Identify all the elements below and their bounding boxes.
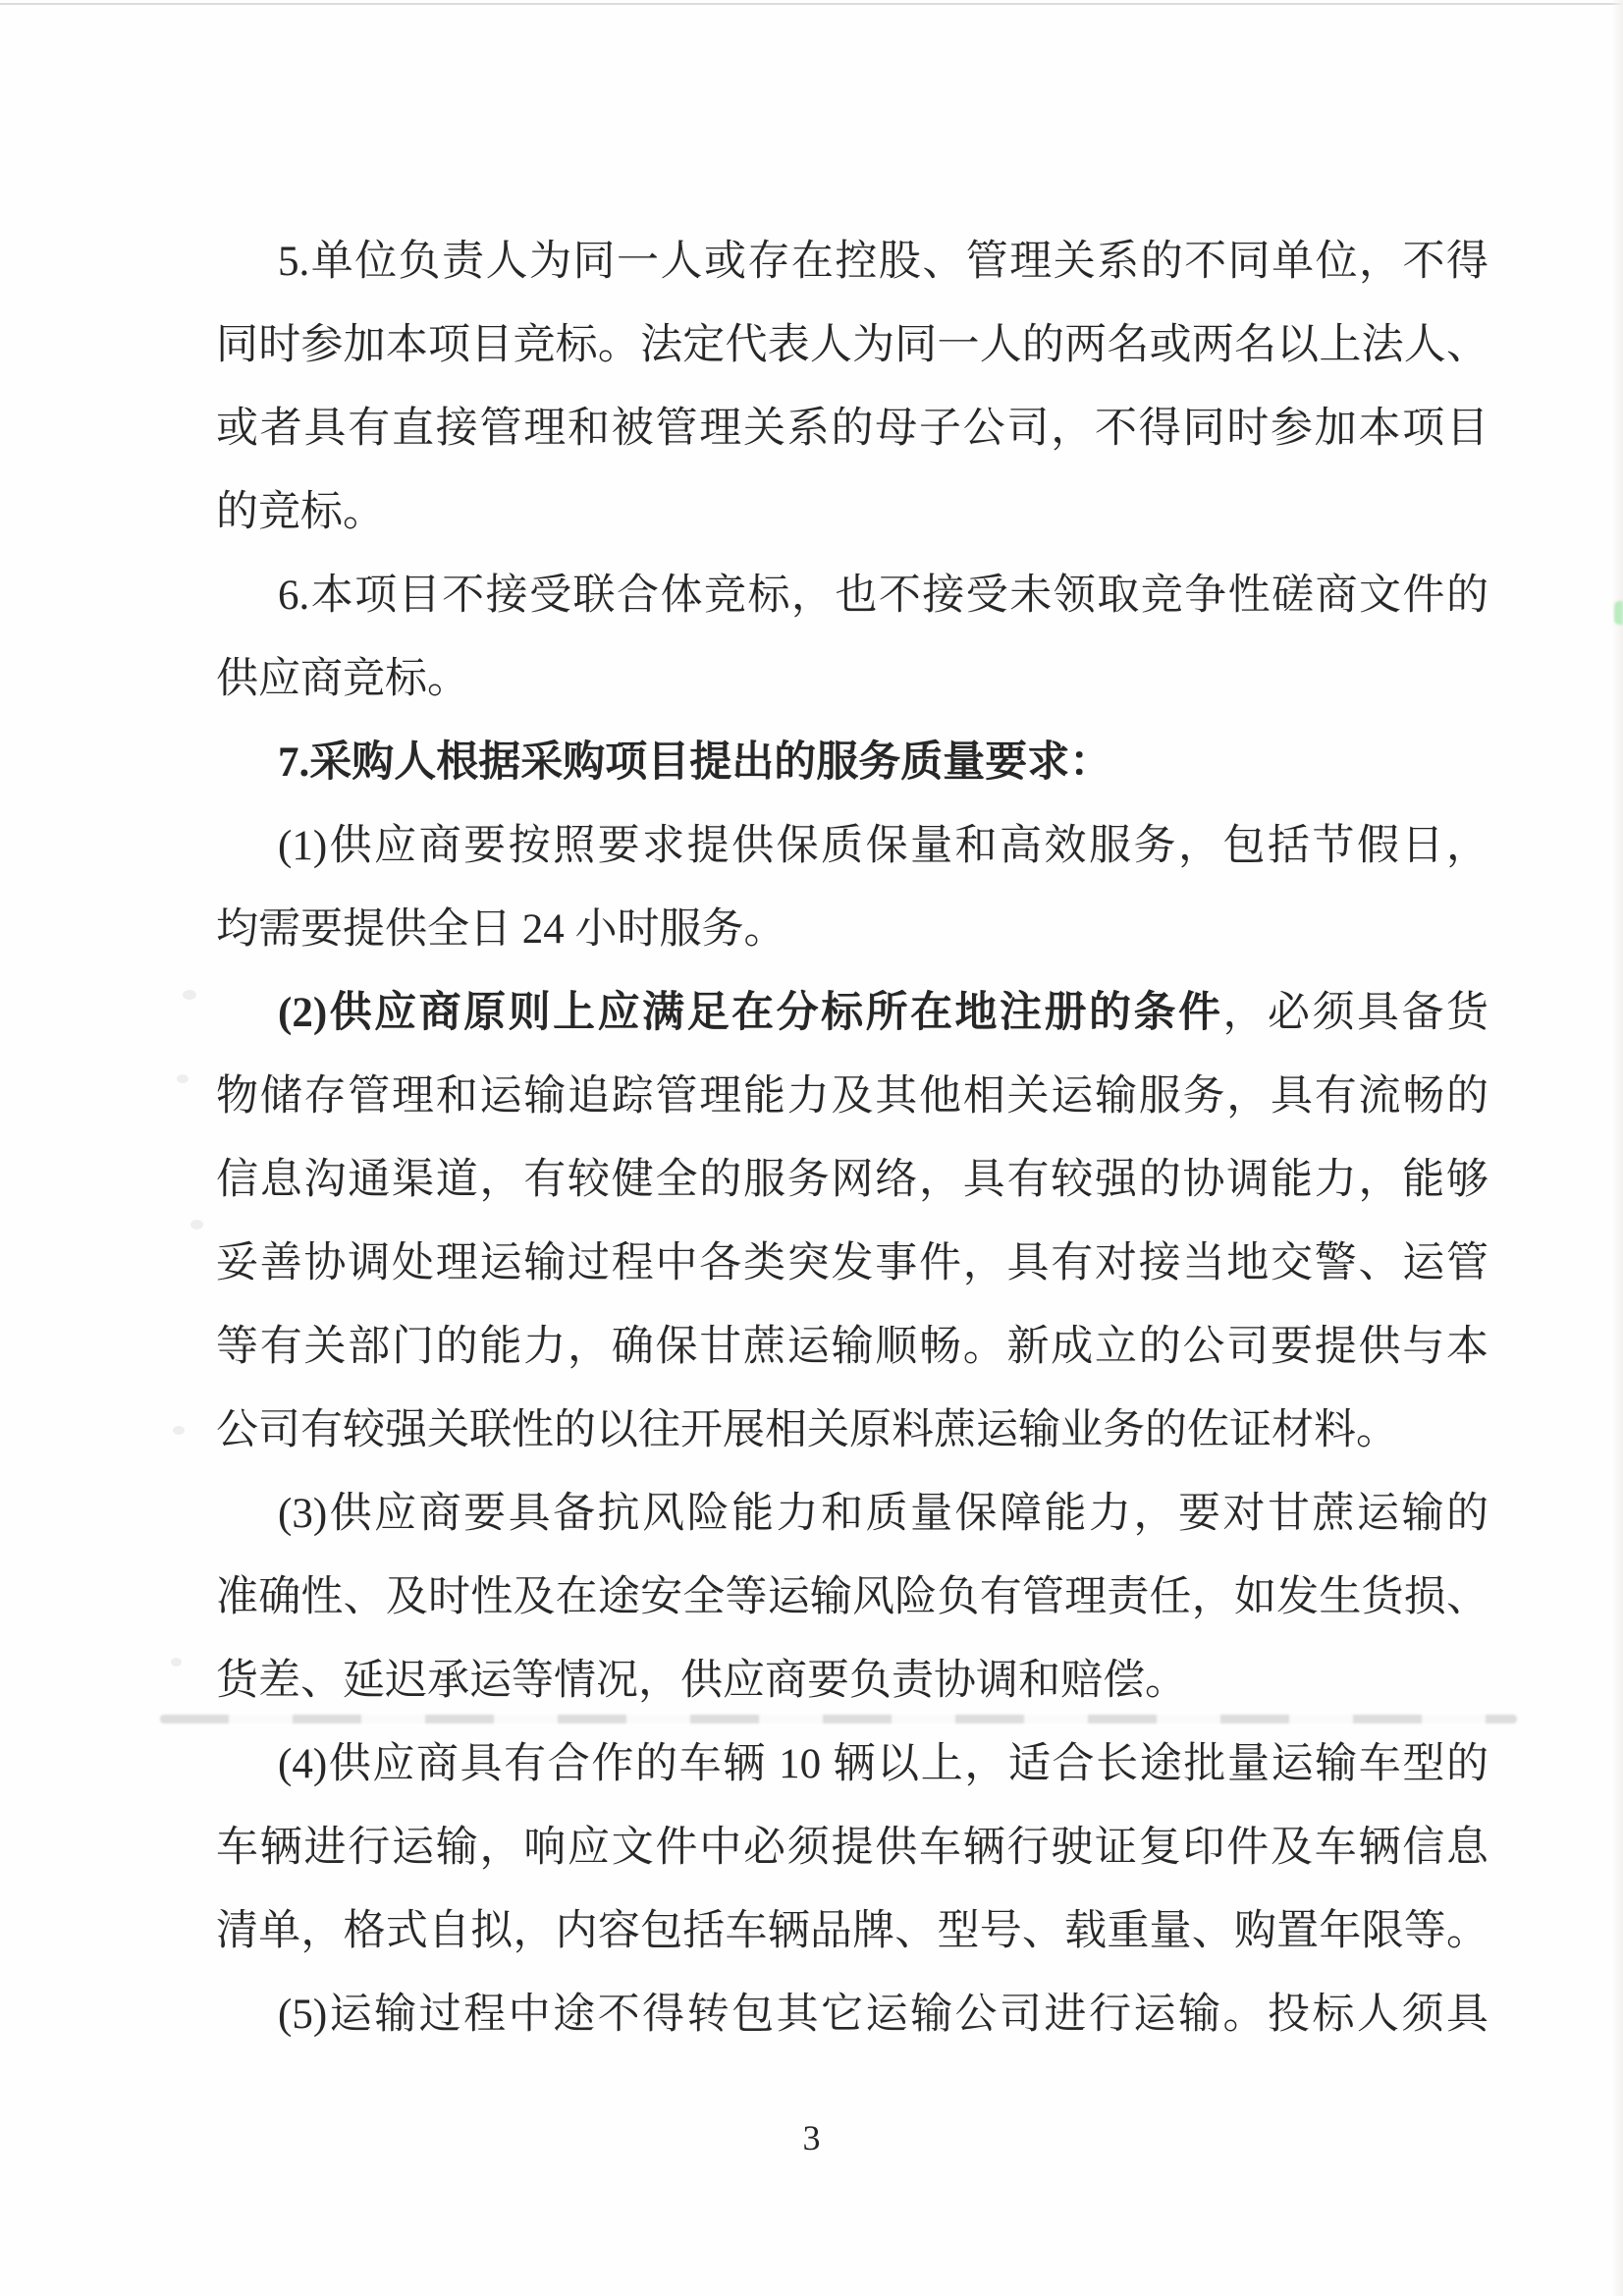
item-1-line-1: (1)供应商要按照要求提供保质保量和高效服务，包括节假日， [216, 804, 1488, 888]
item-2-bold-segment: (2)供应商原则上应满足在分标所在地注册的条件 [278, 990, 1223, 1036]
item-5-line-1: (5)运输过程中途不得转包其它运输公司进行运输。投标人须具 [216, 1973, 1488, 2056]
scan-artifact-speck [171, 1658, 182, 1667]
clause-6-line-2: 供应商竞标。 [216, 637, 1488, 721]
item-1-line-2: 均需要提供全日 24 小时服务。 [216, 888, 1488, 971]
item-4-line-1: (4)供应商具有合作的车辆 10 辆以上，适合长途批量运输车型的 [216, 1722, 1488, 1806]
scan-artifact-green-mark [1614, 601, 1623, 625]
item-2-line-1: (2)供应商原则上应满足在分标所在地注册的条件，必须具备货 [216, 971, 1488, 1055]
item-2-line-4: 妥善协调处理运输过程中各类突发事件，具有对接当地交警、运管 [216, 1222, 1488, 1305]
scan-artifact-speck [183, 990, 196, 1000]
clause-7-heading: 7.采购人根据采购项目提出的服务质量要求： [216, 721, 1488, 804]
clause-5-line-1: 5.单位负责人为同一人或存在控股、管理关系的不同单位，不得 [216, 220, 1488, 303]
item-2-line-5: 等有关部门的能力，确保甘蔗运输顺畅。新成立的公司要提供与本 [216, 1305, 1488, 1389]
clause-6-line-1: 6.本项目不接受联合体竞标，也不接受未领取竞争性磋商文件的 [216, 554, 1488, 637]
scan-artifact-right-edge-shadow [1611, 0, 1623, 2296]
document-page: 5.单位负责人为同一人或存在控股、管理关系的不同单位，不得 同时参加本项目竞标。… [0, 0, 1623, 2296]
scan-artifact-speck [173, 1426, 185, 1435]
item-4-line-2: 车辆进行运输，响应文件中必须提供车辆行驶证复印件及车辆信息 [216, 1806, 1488, 1889]
document-body: 5.单位负责人为同一人或存在控股、管理关系的不同单位，不得 同时参加本项目竞标。… [216, 220, 1488, 2056]
item-3-line-2: 准确性、及时性及在途安全等运输风险负有管理责任，如发生货损、 [216, 1556, 1488, 1639]
scan-artifact-speck [177, 1074, 189, 1083]
page-number: 3 [0, 2117, 1623, 2159]
item-3-line-3: 货差、延迟承运等情况，供应商要负责协调和赔偿。 [216, 1639, 1488, 1722]
item-4-line-3: 清单，格式自拟，内容包括车辆品牌、型号、载重量、购置年限等。 [216, 1889, 1488, 1973]
item-3-line-1: (3)供应商要具备抗风险能力和质量保障能力，要对甘蔗运输的 [216, 1472, 1488, 1556]
clause-5-line-3: 或者具有直接管理和被管理关系的母子公司，不得同时参加本项目 [216, 387, 1488, 470]
scan-artifact-top-edge-line [0, 3, 1623, 5]
clause-5-line-4: 的竞标。 [216, 470, 1488, 554]
item-2-line-6: 公司有较强关联性的以往开展相关原料蔗运输业务的佐证材料。 [216, 1389, 1488, 1472]
item-2-line-3: 信息沟通渠道，有较健全的服务网络，具有较强的协调能力，能够 [216, 1138, 1488, 1222]
clause-5-line-2: 同时参加本项目竞标。法定代表人为同一人的两名或两名以上法人、 [216, 303, 1488, 387]
scan-artifact-speck [190, 1220, 203, 1230]
item-2-regular-segment: ，必须具备货 [1223, 990, 1488, 1036]
item-2-line-2: 物储存管理和运输追踪管理能力及其他相关运输服务，具有流畅的 [216, 1055, 1488, 1138]
